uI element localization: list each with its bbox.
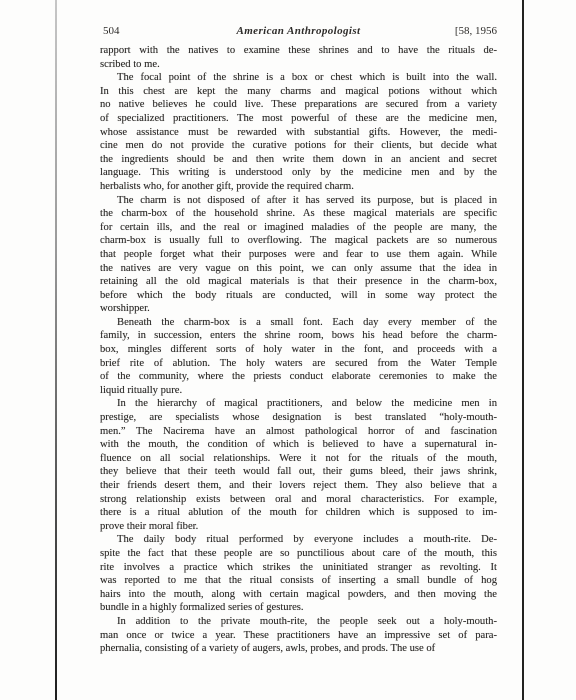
text-line: cine men do not provide the curative pot…: [100, 139, 497, 153]
text-line: the ingredients should be and then write…: [100, 153, 497, 167]
text-line: brief rite of ablution. The holy waters …: [100, 357, 497, 371]
text-line: family, in succession, enters the shrine…: [100, 329, 497, 343]
text-line: for certain ills, and the real or imagin…: [100, 221, 497, 235]
text-line: bundle in a highly formalized series of …: [100, 601, 497, 615]
text-line: In this chest are kept the many charms a…: [100, 85, 497, 99]
paragraph: rapport with the natives to examine thes…: [100, 44, 497, 71]
text-line: they believe that their teeth would fall…: [100, 465, 497, 479]
page-body: rapport with the natives to examine thes…: [100, 44, 497, 656]
paragraph: In the hierarchy of magical practitioner…: [100, 397, 497, 533]
text-line: box, mingles different sorts of holy wat…: [100, 343, 497, 357]
text-line: The charm is not disposed of after it ha…: [100, 194, 497, 208]
text-line: language. This writing is understood onl…: [100, 166, 497, 180]
text-line: prove their moral fiber.: [100, 520, 497, 534]
text-line: retaining all the old magical materials …: [100, 275, 497, 289]
text-line: before which the body rituals are conduc…: [100, 289, 497, 303]
text-line: hairs into the mouth, along with certain…: [100, 588, 497, 602]
text-line: men.” The Nacirema have an almost pathol…: [100, 425, 497, 439]
journal-title: American Anthropologist: [100, 24, 497, 38]
text-line: with the mouth, the condition of which i…: [100, 438, 497, 452]
paragraph: The daily body ritual performed by every…: [100, 533, 497, 615]
paragraph: Beneath the charm-box is a small font. E…: [100, 316, 497, 398]
text-line: The focal point of the shrine is a box o…: [100, 71, 497, 85]
text-line: their friends desert them, and their lov…: [100, 479, 497, 493]
text-line: liquid ritually pure.: [100, 384, 497, 398]
scanned-page: 504 American Anthropologist [58, 1956 ra…: [0, 0, 576, 700]
text-line: the natives are very vague on this point…: [100, 262, 497, 276]
text-line: was reported to me that the ritual consi…: [100, 574, 497, 588]
text-line: of specialized practitioners. The most p…: [100, 112, 497, 126]
text-line: charm-box is usually full to overflowing…: [100, 234, 497, 248]
page-left-edge-line: [55, 0, 57, 700]
text-line: prestige, are specialists whose designat…: [100, 411, 497, 425]
text-line: fluence on all social relationships. Wer…: [100, 452, 497, 466]
text-line: that people forget what their purposes w…: [100, 248, 497, 262]
text-line: herbalists who, for another gift, provid…: [100, 180, 497, 194]
text-line: In the hierarchy of magical practitioner…: [100, 397, 497, 411]
text-line: man once or twice a year. These practiti…: [100, 629, 497, 643]
text-line: scribed to me.: [100, 58, 497, 72]
text-line: whose assistance must be rewarded with s…: [100, 126, 497, 140]
paragraph: The focal point of the shrine is a box o…: [100, 71, 497, 193]
text-line: Beneath the charm-box is a small font. E…: [100, 316, 497, 330]
text-line: spite the fact that these people are so …: [100, 547, 497, 561]
page-right-edge-line: [522, 0, 524, 700]
text-line: The daily body ritual performed by every…: [100, 533, 497, 547]
text-line: strong relationship exists between oral …: [100, 493, 497, 507]
text-line: phernalia, consisting of a variety of au…: [100, 642, 497, 656]
text-line: rapport with the natives to examine thes…: [100, 44, 497, 58]
text-line: In addition to the private mouth-rite, t…: [100, 615, 497, 629]
text-line: there is a ritual ablution of the mouth …: [100, 506, 497, 520]
text-line: no native believes he could live. These …: [100, 98, 497, 112]
paragraph: In addition to the private mouth-rite, t…: [100, 615, 497, 656]
running-head: 504 American Anthropologist [58, 1956: [100, 24, 497, 38]
text-line: worshipper.: [100, 302, 497, 316]
paragraph: The charm is not disposed of after it ha…: [100, 194, 497, 316]
text-line: the charm-box of the household shrine. A…: [100, 207, 497, 221]
text-line: of the community, where the priests cond…: [100, 370, 497, 384]
volume-issue: [58, 1956: [455, 24, 497, 38]
text-line: rite involves a practice which strikes t…: [100, 561, 497, 575]
